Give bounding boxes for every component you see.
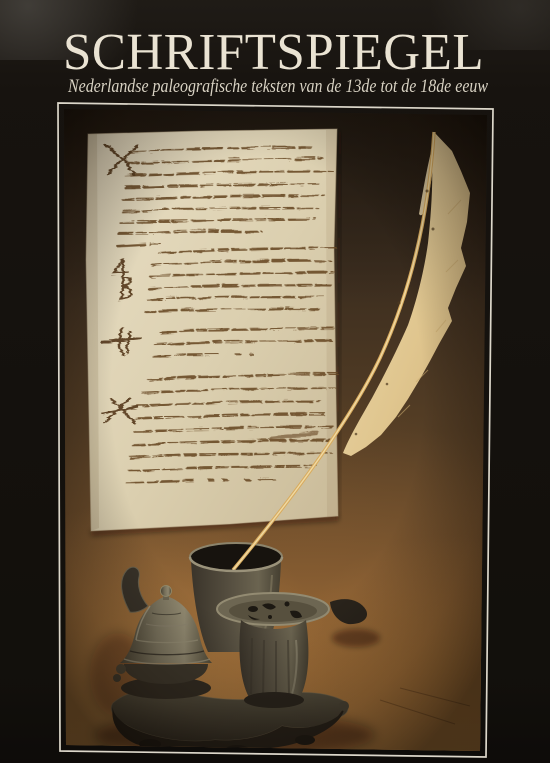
cover-photo xyxy=(58,103,494,759)
cover-artwork: SCHRIFTSPIEGEL Nederlandse paleografisch… xyxy=(0,0,550,763)
book-title: SCHRIFTSPIEGEL xyxy=(63,24,484,81)
book-subtitle: Nederlandse paleografische teksten van d… xyxy=(67,77,488,97)
book-cover: SCHRIFTSPIEGEL Nederlandse paleografisch… xyxy=(0,0,550,763)
photo-vignette xyxy=(58,103,494,759)
